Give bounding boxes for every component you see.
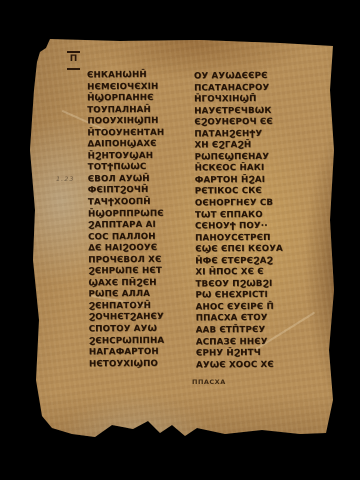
text-line: Н̄ϢОРППРѠПЄ: [88, 208, 190, 220]
text-line: ТОУПАЛНАН̄: [87, 104, 189, 116]
text-line: ТѠТ ЄППАКО: [195, 209, 317, 221]
text-line: СОС ПАЛЛОН: [88, 231, 190, 243]
text-line: ХІ Н̄ПОС ХЄ Є: [195, 267, 317, 279]
text-line: РѠПЄϢПЄНАУ: [195, 151, 317, 163]
text-line: ϢАХЄ ПН̄ϨЄН: [88, 277, 190, 289]
text-line: НАГАФАРТОН: [89, 347, 191, 359]
text-line: Н̄СКЄОС Н̄АКІ: [195, 163, 317, 175]
text-line: ϨАППТАРА АІ: [88, 220, 190, 232]
text-line: НЄМЄІОЧЄХІН: [87, 81, 189, 93]
text-line: ЄРНУ Н̄ϨНТЧ: [196, 348, 318, 360]
text-line: ϨЄНСРѠПІПНА: [89, 335, 191, 347]
text-line: ХН ЄϨГАϨН̄: [194, 140, 316, 152]
text-line: НЄТОУХІϢПО: [89, 358, 191, 370]
text-line: РѠ ЄНЄХРІСТІ: [195, 290, 317, 302]
text-line: СПОТОУ АУѠ: [89, 324, 191, 336]
text-line: ТВЄОУ ПϨѠВϨІ: [195, 278, 317, 290]
text-line: ΔЄ НАІϨООУЄ: [88, 243, 190, 255]
text-line: ЄНКАНѠНН̄: [87, 70, 189, 82]
photograph-stage: Π 1.23 ЄНКАНѠНН̄НЄМЄІОЧЄХІНН̄ϢОРПАННЄТОУ…: [0, 0, 360, 480]
text-line: ППАСХА ЄТОУ: [196, 313, 318, 325]
text-line: ТАЧϮХООПН̄: [88, 197, 190, 209]
text-line: Н̄ТООУНЄНТАН: [87, 127, 189, 139]
parchment-leaf: Π 1.23 ЄНКАНѠНН̄НЄМЄІОЧЄХІНН̄ϢОРПАННЄТОУ…: [0, 0, 360, 480]
text-line: ПРОЧЄВОЛ ХЄ: [88, 254, 190, 266]
text-line: АСПАЗЄ ННЄУ: [196, 336, 318, 348]
text-line: НАУЄТРЄЧВѠК: [194, 105, 316, 117]
text-line: АУѠЄ ХООС ХЄ: [196, 359, 318, 371]
text-line: ПООУХІНϢПН: [87, 116, 189, 128]
text-column-right: ОУ АУѠΔЄЄРЄПСАТАНАСРОУН̄ГОЧХІНϢП̄НАУЄТРЄ…: [194, 71, 318, 372]
text-line: ϨОЧНЄТϨАНЄУ: [89, 312, 191, 324]
text-line: ПАТАНϨЄНϮУ: [194, 128, 316, 140]
text-line: ΔАІПОНϢАХЄ: [87, 139, 189, 151]
text-line: Н̄ФЄ ЄТЄРЄϨАϨ: [195, 255, 317, 267]
quire-mark: Π: [67, 51, 80, 70]
text-line: ТОТϮПѠѠС: [88, 162, 190, 174]
text-line: ЄϢЄ ЄПЄІ КЄОУА: [195, 244, 317, 256]
text-line: ϨЄНПАТОУН̄: [89, 301, 191, 313]
text-line: ϨЄНРѠПЄ НЄТ: [88, 266, 190, 278]
colophon-note: ППАСХА: [192, 378, 226, 386]
text-line: ПАНОУСЄТРЄП: [195, 232, 317, 244]
text-line: ААВ ЄТП̄ТРЄУ: [196, 325, 318, 337]
text-line: ФАРТОН Н̄ϨАІ: [195, 174, 317, 186]
text-line: ОУ АУѠΔЄЄРЄ: [194, 71, 316, 83]
text-line: СЄНОУϮ ПОУ··: [195, 221, 317, 233]
text-line: ОЄНОРГНЄУ СВ: [195, 198, 317, 210]
text-line: Н̄ГОЧХІНϢП̄: [194, 94, 316, 106]
text-line: ЄϨОУНЄРОЧ ЄЄ: [194, 117, 316, 129]
faint-pencil-mark: 1.23: [56, 175, 74, 183]
text-line: ЄВОЛ АУѠН̄: [88, 174, 190, 186]
text-line: РЄТІКОС СКЄ: [195, 186, 317, 198]
text-line: РѠПЄ АЛЛА: [88, 289, 190, 301]
text-line: АНОС ЄУЄІРЄ П̄: [196, 302, 318, 314]
text-line: ПСАТАНАСРОУ: [194, 82, 316, 94]
text-column-left: ЄНКАНѠНН̄НЄМЄІОЧЄХІНН̄ϢОРПАННЄТОУПАЛНАН̄…: [87, 70, 191, 371]
text-line: ФЄІПТϨОЧН̄: [88, 185, 190, 197]
text-line: Н̄ϢОРПАННЄ: [87, 93, 189, 105]
text-line: Н̄ϨНТОУϢАН: [88, 150, 190, 162]
